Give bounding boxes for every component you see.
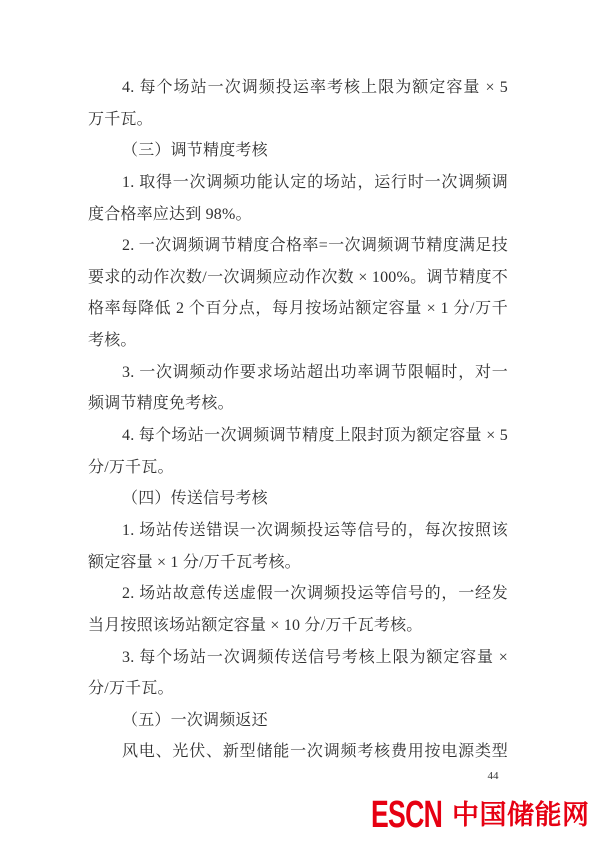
- text-line: （四）传送信号考核: [88, 483, 508, 515]
- text-line: 1. 取得一次调频功能认定的场站，运行时一次调频调节精: [88, 167, 508, 199]
- text-line: 要求的动作次数/一次调频应动作次数 × 100%。调节精度不合: [88, 262, 508, 294]
- text-line: （五）一次调频返还: [88, 705, 508, 737]
- text-line: 3. 每个场站一次调频传送信号考核上限为额定容量 × 10: [88, 642, 508, 674]
- text-line: 1. 场站传送错误一次调频投运等信号的，每次按照该场站: [88, 515, 508, 547]
- text-line: 分/万千瓦。: [88, 673, 508, 705]
- document-page: 4. 每个场站一次调频投运率考核上限为额定容量 × 5 分/万千瓦。（三）调节精…: [0, 0, 600, 848]
- text-line: 当月按照该场站额定容量 × 10 分/万千瓦考核。: [88, 610, 508, 642]
- text-line: （三）调节精度考核: [88, 135, 508, 167]
- logo-latin-text: ESCN: [371, 796, 442, 834]
- text-line: 额定容量 × 1 分/万千瓦考核。: [88, 547, 508, 579]
- text-line: 万千瓦。: [88, 104, 508, 136]
- text-body: 4. 每个场站一次调频投运率考核上限为额定容量 × 5 分/万千瓦。（三）调节精…: [88, 72, 508, 768]
- text-line: 2. 一次调频调节精度合格率=一次调频调节精度满足技术: [88, 230, 508, 262]
- text-line: 频调节精度免考核。: [88, 388, 508, 420]
- text-line: 风电、光伏、新型储能一次调频考核费用按电源类型汇总: [88, 736, 508, 768]
- text-line: 4. 每个场站一次调频调节精度上限封顶为额定容量 × 5: [88, 420, 508, 452]
- logo-cjk-text: 中国储能网: [452, 802, 590, 829]
- text-line: 2. 场站故意传送虚假一次调频投运等信号的，一经发现，: [88, 578, 508, 610]
- text-line: 考核。: [88, 325, 508, 357]
- page-number: 44: [481, 770, 505, 782]
- text-line: 分/万千瓦。: [88, 452, 508, 484]
- text-line: 格率每降低 2 个百分点，每月按场站额定容量 × 1 分/万千瓦: [88, 293, 508, 325]
- text-line: 度合格率应达到 98%。: [88, 199, 508, 231]
- text-line: 4. 每个场站一次调频投运率考核上限为额定容量 × 5 分/: [88, 72, 508, 104]
- text-line: 3. 一次调频动作要求场站超出功率调节限幅时，对一次调: [88, 357, 508, 389]
